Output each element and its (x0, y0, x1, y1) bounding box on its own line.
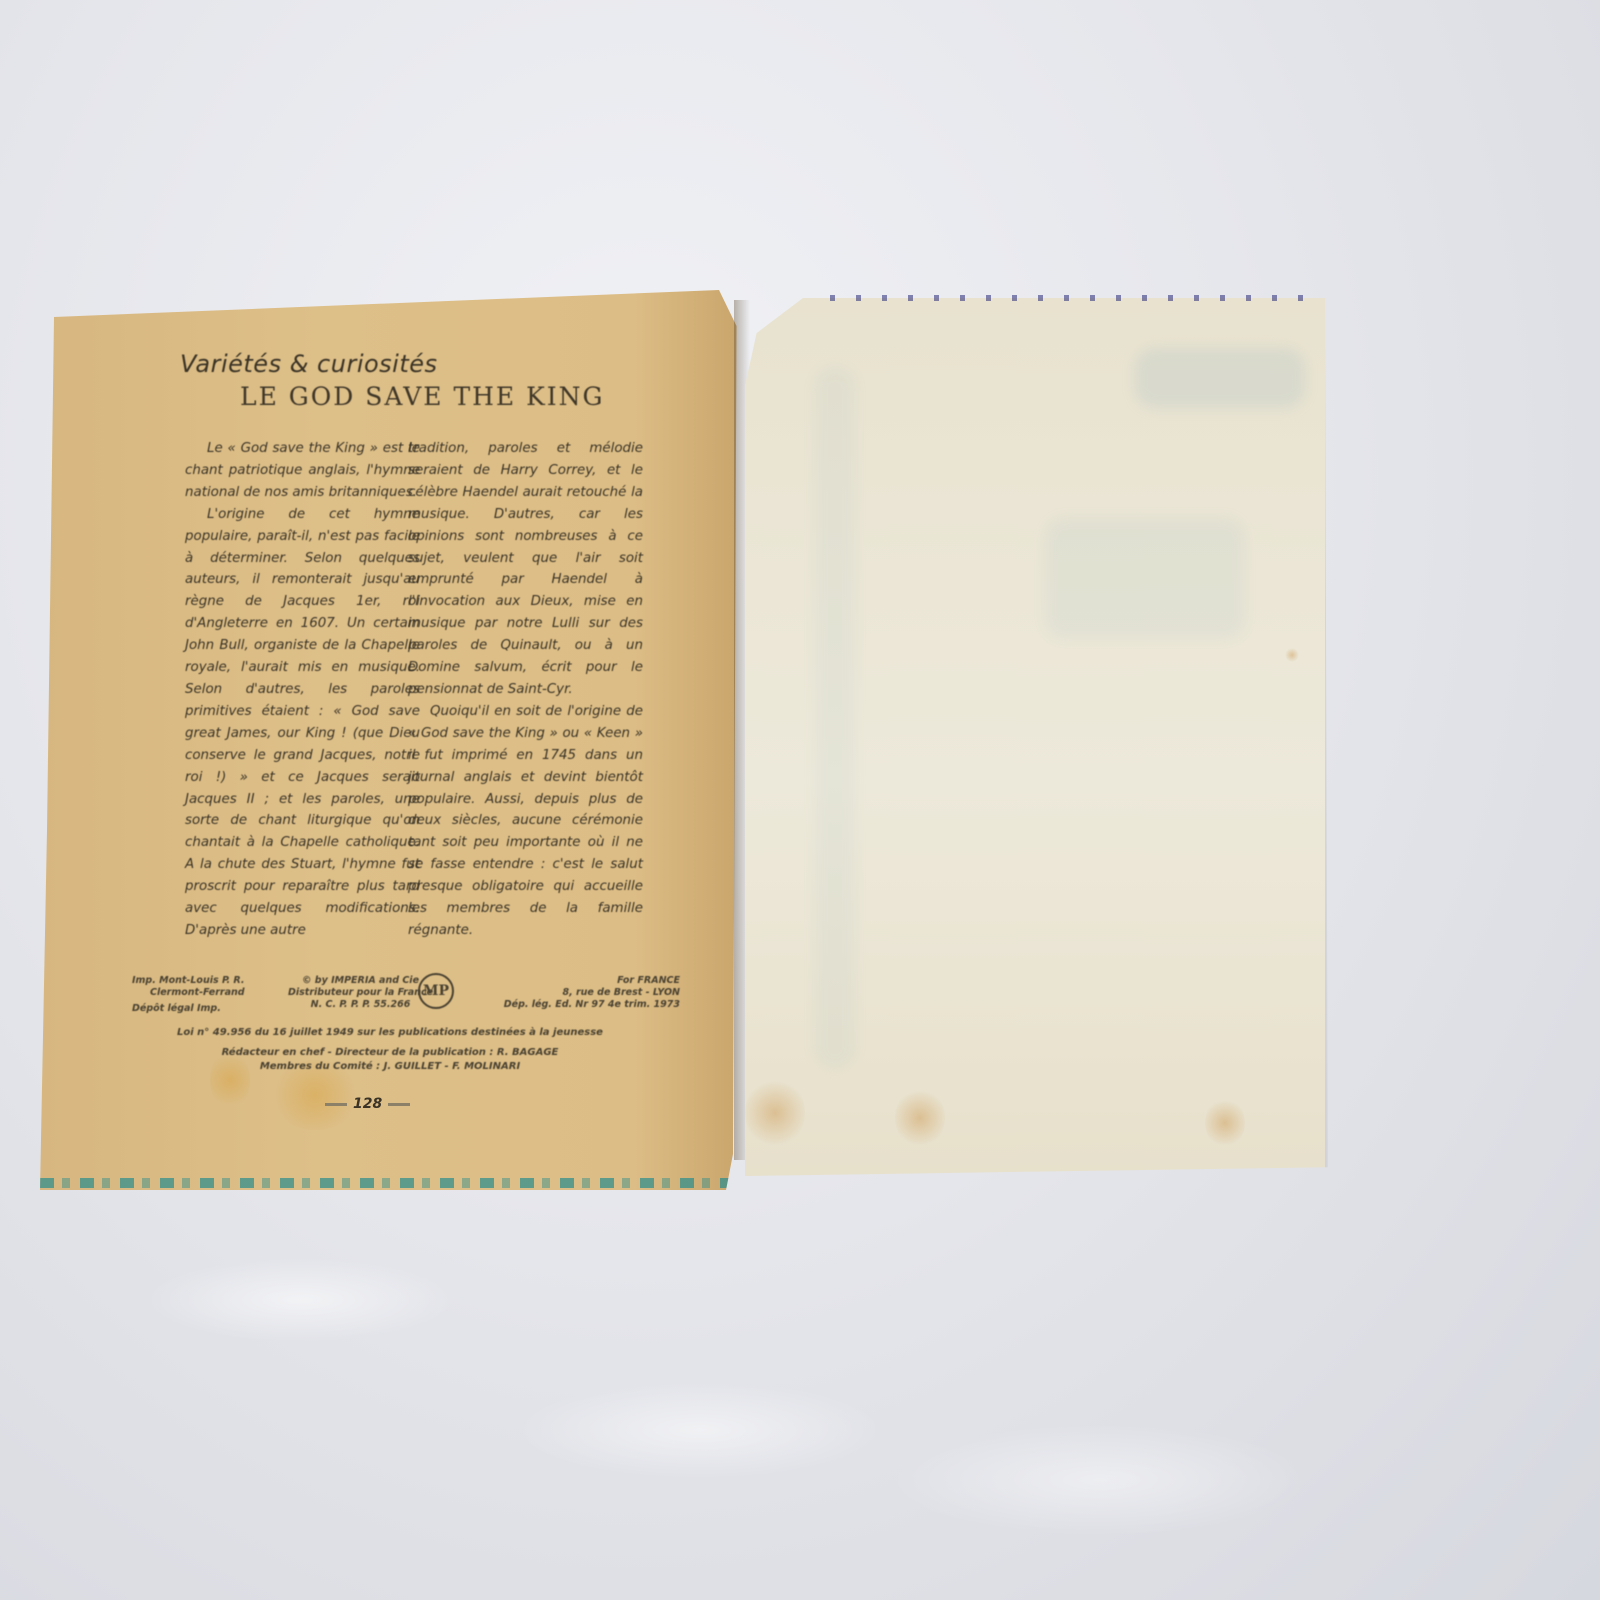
paragraph: tradition, paroles et mélodie seraient d… (408, 438, 643, 701)
printer-imprint: Imp. Mont-Louis P. R. Clermont-Ferrand D… (132, 975, 245, 1015)
section-kicker: Variétés & curiosités (180, 350, 438, 378)
dash-left (325, 1103, 347, 1106)
article-column-right: tradition, paroles et mélodie seraient d… (408, 438, 643, 942)
left-page: Variétés & curiosités LE GOD SAVE THE KI… (40, 290, 740, 1190)
page-number: 128 (325, 1096, 410, 1112)
copyright-imprint: © by IMPERIA and Cie Distributeur pour l… (288, 975, 433, 1011)
article-column-left: Le « God save the King » est le chant pa… (185, 438, 420, 942)
paragraph: Quoiqu'il en soit de l'origine de « God … (408, 701, 643, 942)
article-title: LE GOD SAVE THE KING (240, 382, 605, 411)
foxing-spot (1205, 1098, 1245, 1148)
legal-editor-line: Rédacteur en chef - Directeur de la publ… (40, 1047, 740, 1058)
right-page (745, 298, 1325, 1176)
foxing-spot (895, 1088, 945, 1148)
legal-law-line: Loi n° 49.956 du 16 juillet 1949 sur les… (40, 1027, 740, 1038)
blue-cover-edge (40, 1178, 740, 1188)
table-surface-reflection (0, 1180, 1600, 1600)
publisher-imprint: For FRANCE 8, rue de Brest - LYON Dép. l… (460, 975, 680, 1011)
show-through-print (1045, 518, 1245, 638)
dash-right (388, 1103, 410, 1106)
paragraph: Le « God save the King » est le chant pa… (185, 438, 420, 504)
foxing-spot (1285, 648, 1299, 662)
show-through-print (1135, 348, 1305, 408)
water-stain (210, 1050, 250, 1110)
worn-top-edge (830, 295, 1320, 301)
legal-committee-line: Membres du Comité : J. GUILLET - F. MOLI… (40, 1061, 740, 1072)
publisher-logo-badge: MP (418, 973, 454, 1009)
foxing-spot (745, 1078, 805, 1148)
show-through-print (815, 368, 855, 1068)
paragraph: L'origine de cet hymne populaire, paraît… (185, 504, 420, 942)
